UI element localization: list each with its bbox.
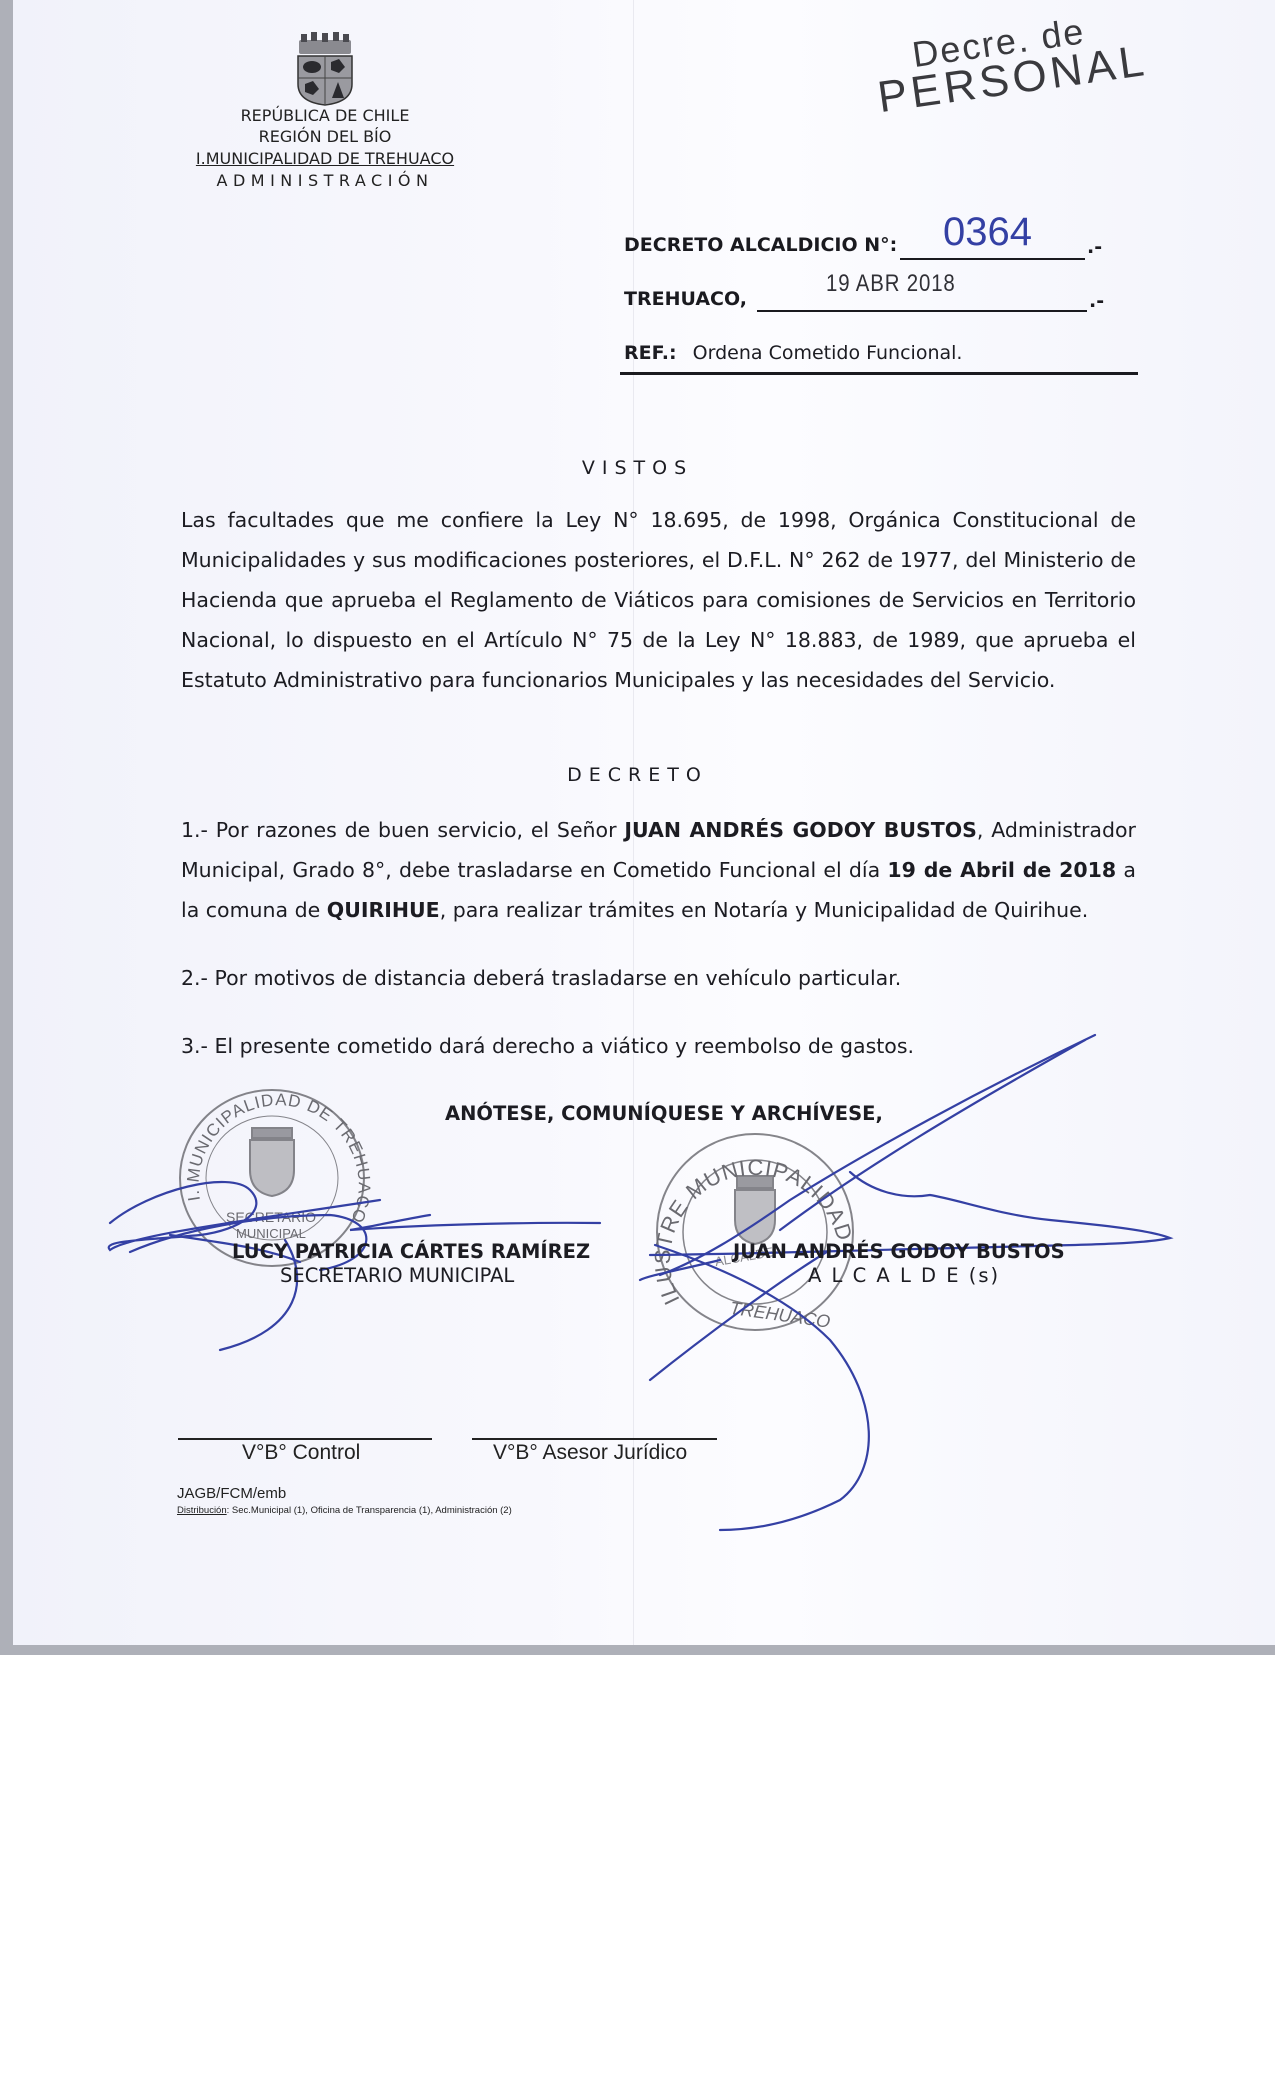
distribution-list: Distribución: Sec.Municipal (1), Oficina… (177, 1505, 512, 1516)
control-signature-line (178, 1438, 432, 1440)
svg-text:MUNICIPAL: MUNICIPAL (236, 1226, 306, 1241)
legal-approval-label: V°B° Asesor Jurídico (493, 1441, 687, 1465)
distribution-label: Distribución (177, 1505, 227, 1516)
secretary-role: SECRETARIO MUNICIPAL (280, 1264, 514, 1287)
legal-signature-line (472, 1438, 717, 1440)
distribution-text: : Sec.Municipal (1), Oficina de Transpar… (227, 1505, 512, 1516)
control-approval-label: V°B° Control (242, 1441, 360, 1465)
author-initials: JAGB/FCM/emb (177, 1485, 286, 1502)
mayor-role: A L C A L D E (s) (808, 1264, 1000, 1287)
secretary-name: LUCY PATRICIA CÁRTES RAMÍREZ (232, 1240, 590, 1263)
seals-and-signatures: I. MUNICIPALIDAD DE TREHUACO SECRETARIO … (0, 0, 1275, 1655)
mayor-name: JUAN ANDRÉS GODOY BUSTOS (733, 1240, 1065, 1263)
